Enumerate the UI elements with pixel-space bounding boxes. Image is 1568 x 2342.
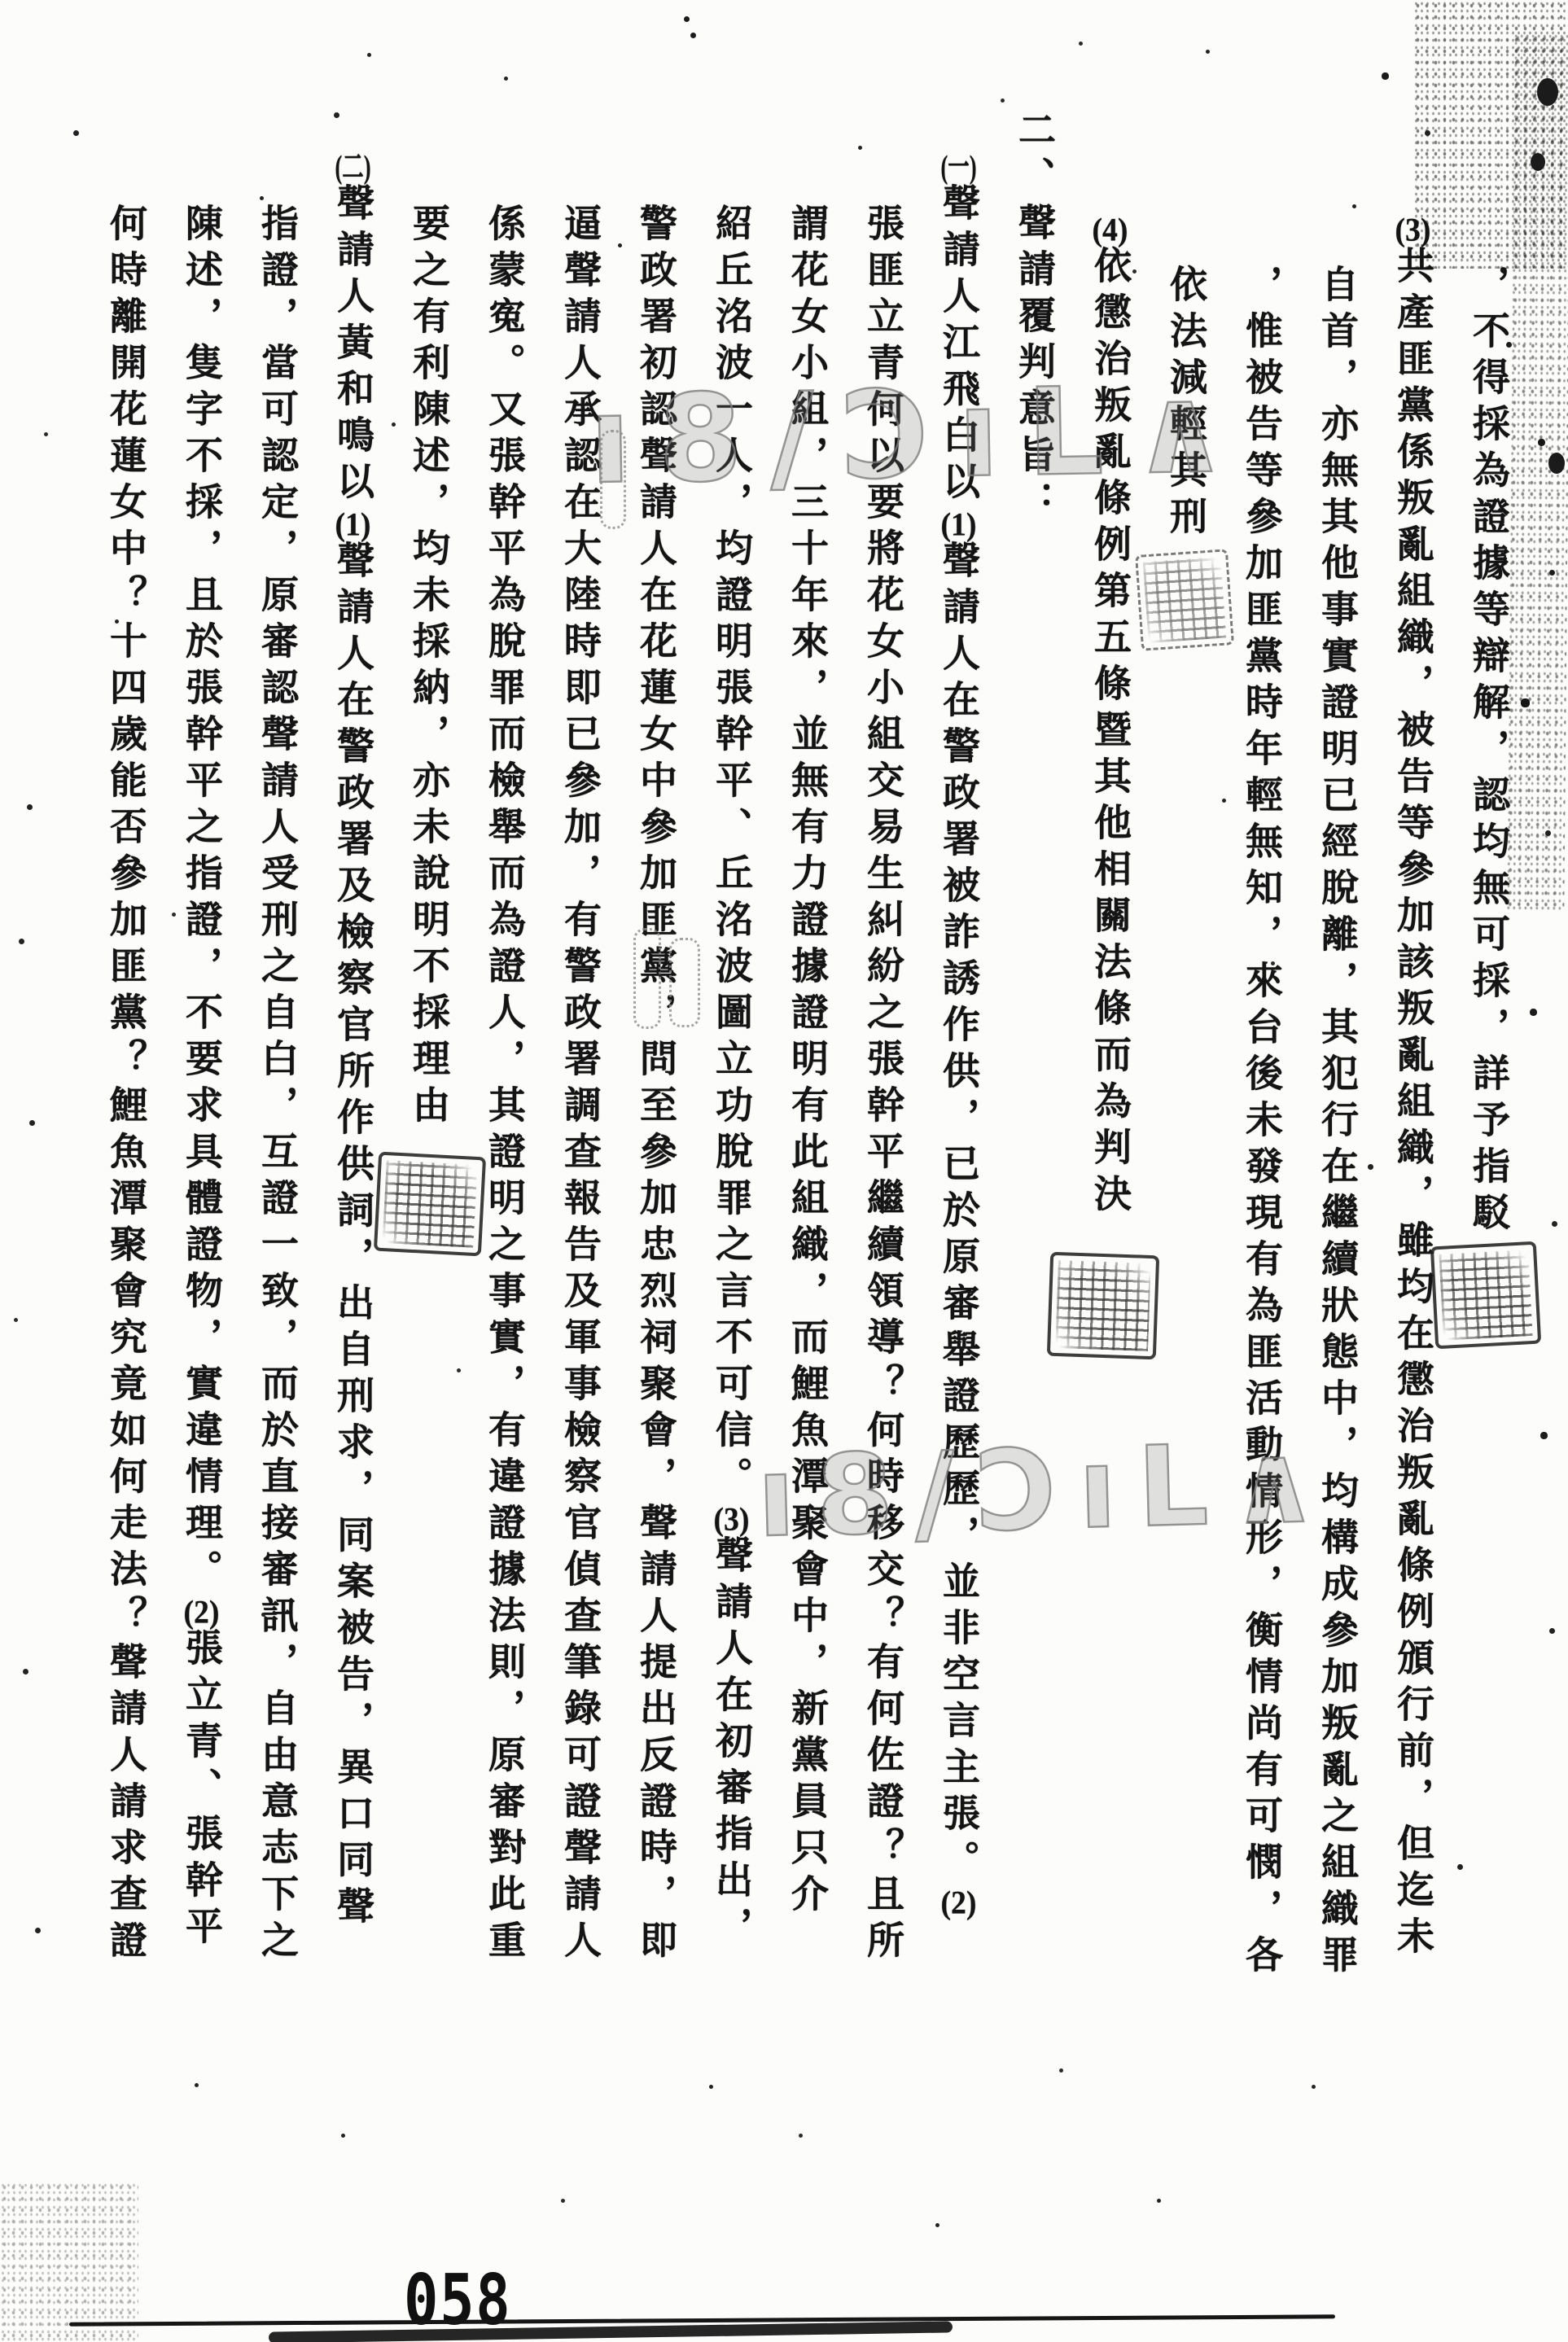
noise-band-bottom-left <box>0 2182 138 2342</box>
seal-stamp-judgment <box>1047 1252 1159 1360</box>
seal-stamp-left <box>374 1152 486 1257</box>
scanned-document-page: ，不得採為證據等辯解，認均無可採，詳予指駁(3)共產匪黨係叛亂組織，被告等參加該… <box>0 0 1568 2342</box>
text-column-15: 要之有利陳述，均未採納，亦未說明不採理由 <box>403 204 453 1132</box>
text-column-3: 自首，亦無其他事實證明已經脫離，其犯行在繼續狀態中，均構成參加叛亂之組織罪 <box>1312 265 1362 1981</box>
seal-stamp-partial <box>1135 549 1234 651</box>
seal-stamp-texture <box>382 1160 477 1248</box>
text-column-16: (二)聲請人黃和鳴以(1)聲請人在警政署及檢察官所作供詞，出自刑求，同案被告，異… <box>327 151 378 1933</box>
sub-item-marker: (1) <box>335 508 371 541</box>
seal-stamp-right <box>1430 1241 1541 1350</box>
bleedthrough-watermark-lower: ı8∕ƆıL∧ <box>756 1419 1342 1563</box>
text-column-4: ，惟被告等參加匪黨時年輕無知，來台後未發現有為匪活動情形，衡情尚有可憫，各 <box>1236 265 1286 1981</box>
text-column-19: 何時離開花蓮女中？十四歲能否參加匪黨？鯉魚潭聚會究竟如何走法？聲請人請求查證 <box>100 204 151 1967</box>
ink-blotch <box>1537 78 1558 106</box>
bleedthrough-fragment <box>669 938 700 1027</box>
bleedthrough-fragment <box>633 928 661 1029</box>
sub-item-marker: (3) <box>713 1503 750 1535</box>
sub-item-marker: (2) <box>183 1596 220 1628</box>
sub-item-marker: (2) <box>940 1886 977 1919</box>
ink-blotch <box>1548 453 1565 474</box>
bleedthrough-watermark-upper: ı8∕ƆıL∧ <box>589 359 1258 510</box>
bleedthrough-fragment <box>600 430 626 529</box>
text-column-1: ，不得採為證據等辯解，認均無可採，詳予指駁 <box>1463 265 1513 1239</box>
sub-item-marker: (1) <box>940 508 977 541</box>
sub-item-marker: (4) <box>1092 213 1128 246</box>
ink-blotch <box>1531 153 1545 171</box>
noise-band-top-right <box>1413 0 1568 269</box>
text-column-18: 陳述，隻字不採，且於張幹平之指證，不要求具體證物，實違情理。(2)張立青、張幹平 <box>176 204 226 1953</box>
text-column-2: (3)共產匪黨係叛亂組織，被告等參加該叛亂組織，雖均在懲治叛亂條例頒行前，但迄未 <box>1387 213 1438 1963</box>
text-column-14: 係蒙寃。又張幹平為脫罪而檢舉而為證人，其證明之事實，有違證據法則，原審對此重 <box>479 204 529 1967</box>
seal-stamp-texture <box>1055 1260 1151 1351</box>
seal-stamp-texture <box>1439 1250 1532 1341</box>
item-marker: (一) <box>940 151 977 183</box>
scan-speckles <box>0 0 2 2</box>
seal-stamp-texture <box>1143 557 1227 643</box>
item-marker: (二) <box>335 151 371 183</box>
text-column-17: 指證，當可認定，原審認聲請人受刑之自白，互證一致，而於直接審訊，自由意志下之 <box>252 204 302 1967</box>
